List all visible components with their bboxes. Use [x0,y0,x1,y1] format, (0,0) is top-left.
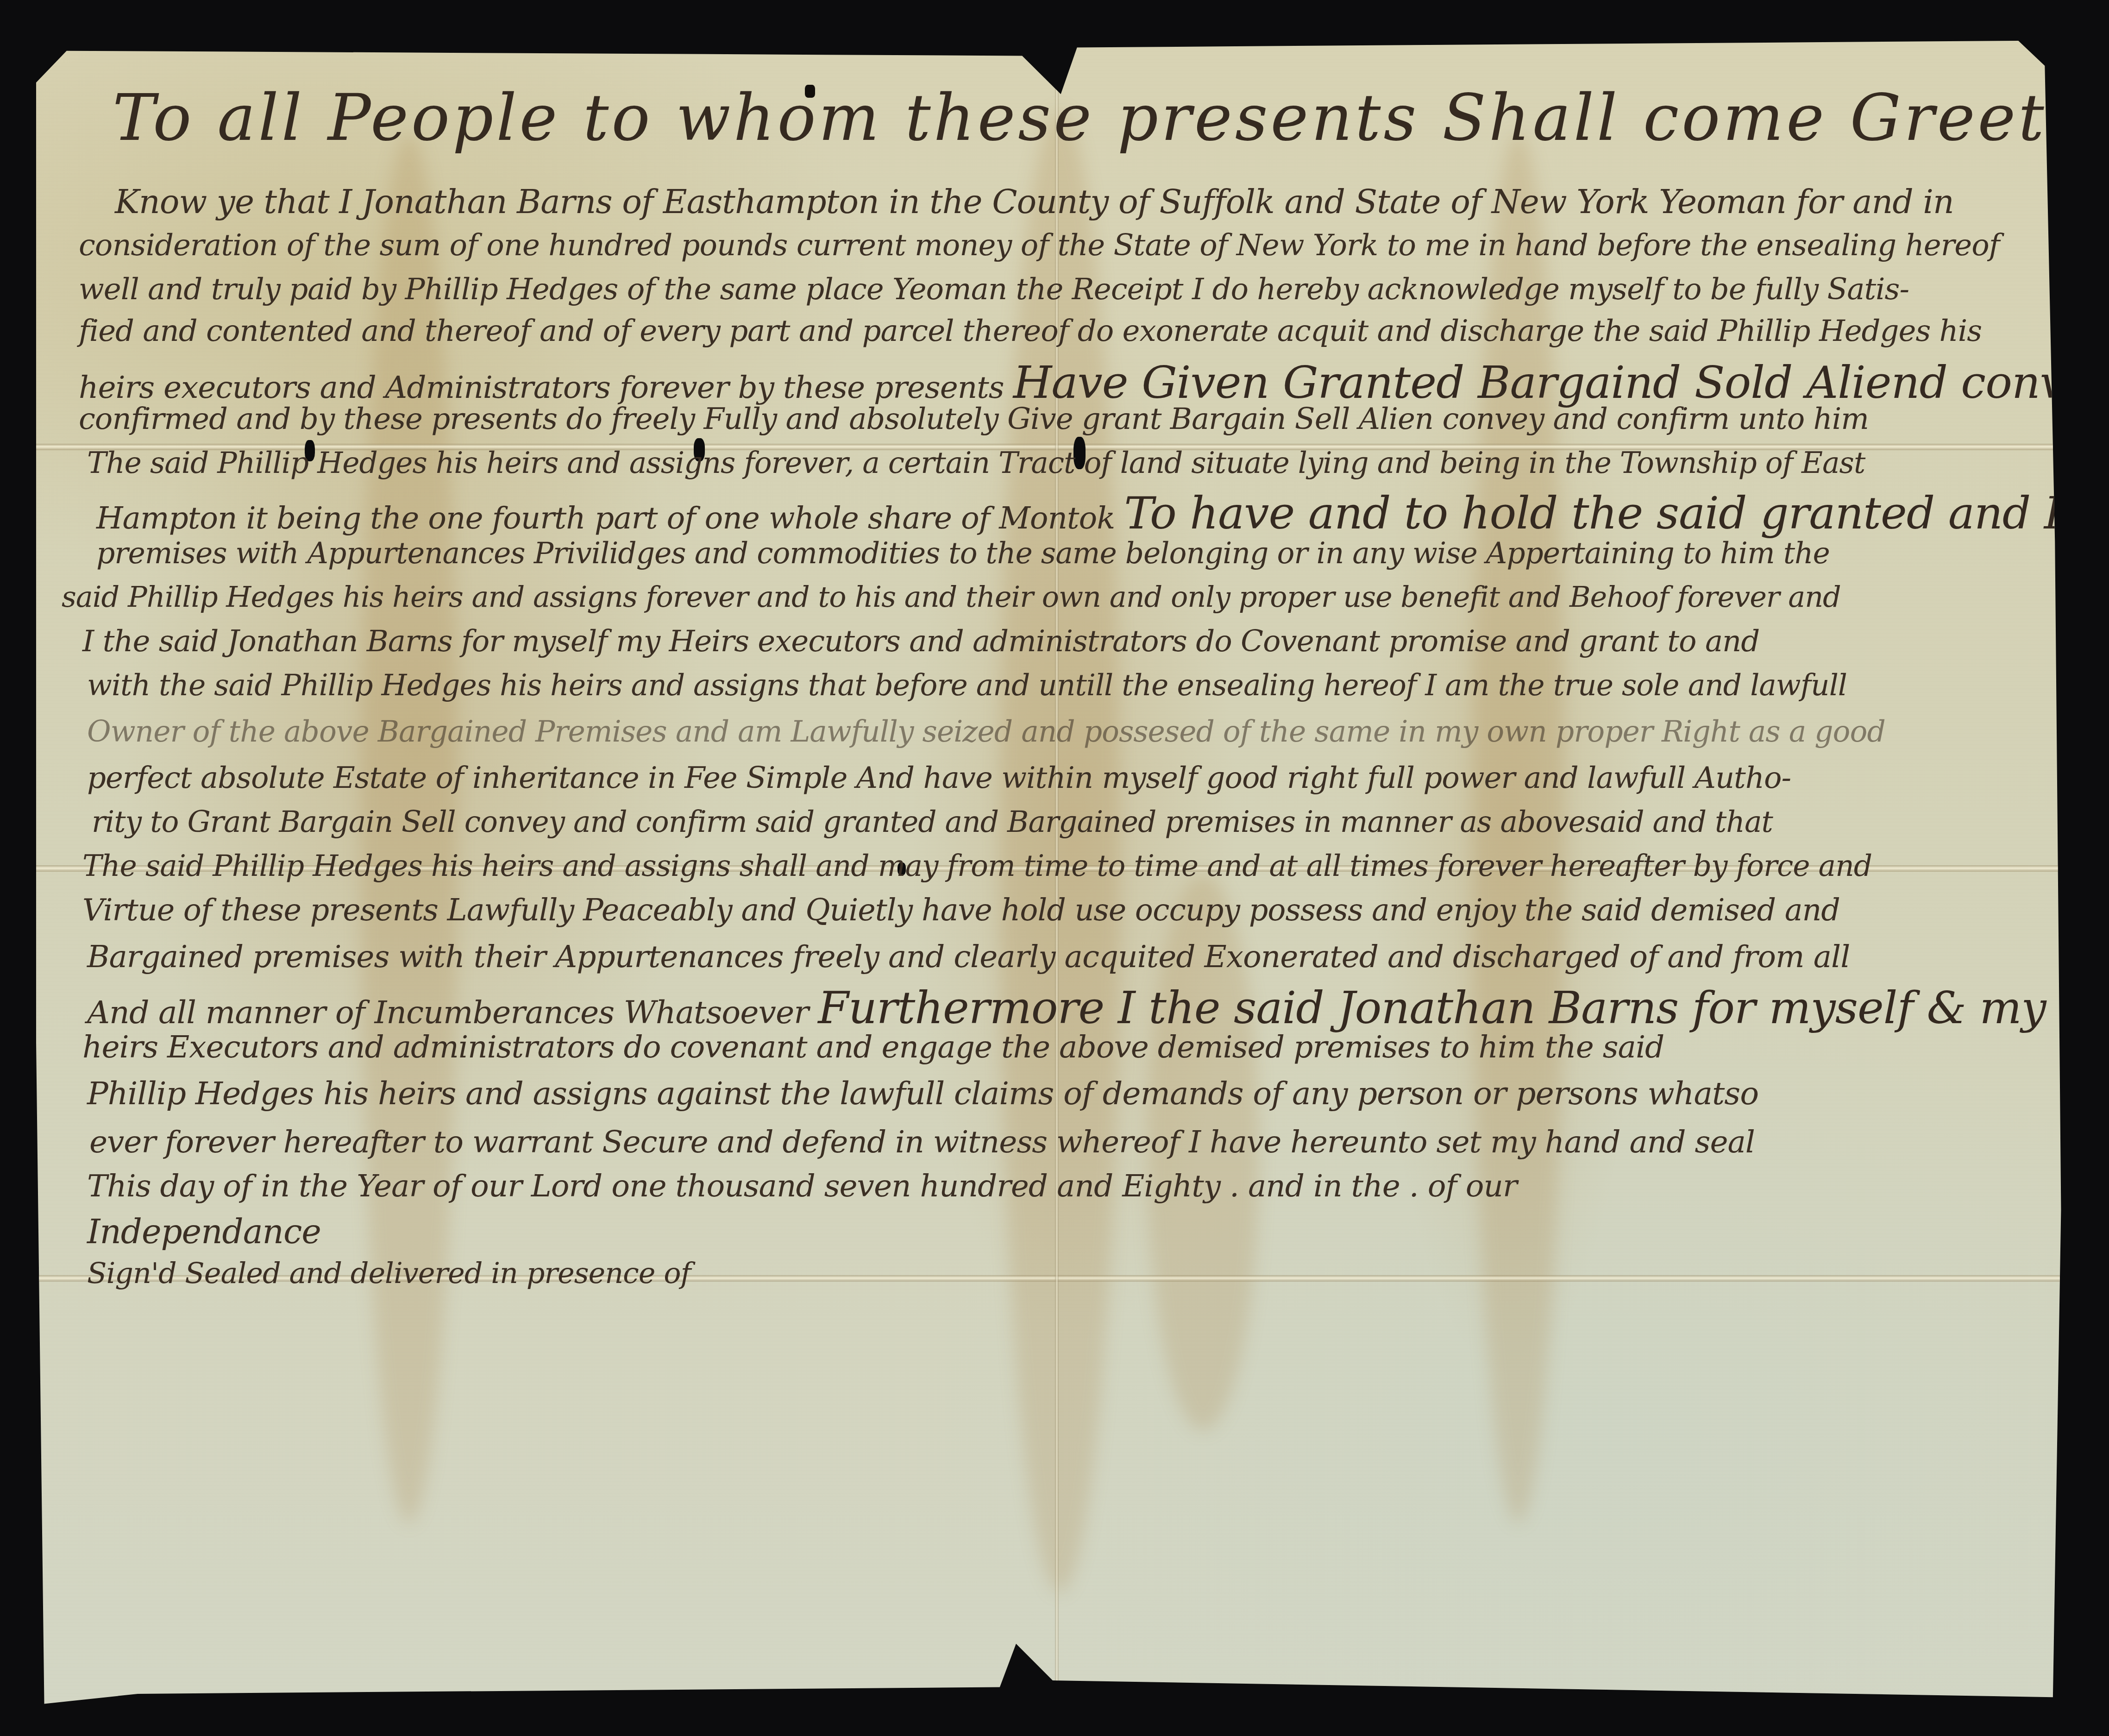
deed-line-8-text: Hampton it being the one fourth part of … [96,500,1115,536]
deed-line-25: Sign'd Sealed and delivered in presence … [87,1259,691,1288]
deed-line-23-text: This day of in the Year of our Lord one … [87,1168,1220,1204]
deed-line-4: fied and contented and thereof and of ev… [79,316,1982,346]
deed-line-8-emphasis: To have and to hold the said granted and… [1124,487,2109,539]
deed-line-9: premises with Appurtenances Privilidges … [96,539,1830,568]
document-viewer-canvas: To all People to whom these presents Sha… [0,0,2109,1736]
deed-line-3: well and truly paid by Phillip Hedges of… [79,275,1909,304]
deed-line-12: with the said Phillip Hedges his heirs a… [87,671,1847,700]
deed-line-16: The said Phillip Hedges his heirs and as… [82,851,1872,881]
deed-line-17: Virtue of these presents Lawfully Peacea… [82,895,1840,925]
deed-line-11: I the said Jonathan Barns for myself my … [82,627,1759,656]
deed-line-22: ever forever hereafter to warrant Secure… [89,1127,1755,1157]
deed-line-10: said Phillip Hedges his heirs and assign… [62,583,1841,611]
deed-line-7: The said Phillip Hedges his heirs and as… [87,448,1865,478]
deed-line-19-text: And all manner of Incumberances Whatsoev… [87,994,809,1031]
deed-line-5-emphasis: Have Given Granted Bargaind Sold Aliend … [1013,357,2109,409]
deed-line-24: Independance [87,1215,321,1248]
deed-line-8: Hampton it being the one fourth part of … [96,491,2109,535]
deed-line-6: confirmed and by these presents do freel… [79,404,1869,434]
deed-line-14: perfect absolute Estate of inheritance i… [87,763,1791,793]
deed-line-23-tail: . and in the . of our [1230,1168,1517,1204]
deed-line-19: And all manner of Incumberances Whatsoev… [87,986,2046,1030]
deed-line-5-text: heirs executors and Administrators forev… [79,370,1004,405]
deed-heading: To all People to whom these presents Sha… [113,86,2109,150]
deed-line-19-emphasis: Furthermore I the said Jonathan Barns fo… [818,982,2046,1034]
deed-line-13: Owner of the above Bargained Premises an… [87,717,1885,746]
deed-line-15: rity to Grant Bargain Sell convey and co… [92,807,1773,837]
deed-paper: To all People to whom these presents Sha… [36,41,2069,1711]
deed-line-23: This day of in the Year of our Lord one … [87,1171,1517,1201]
deed-line-2: consideration of the sum of one hundred … [79,231,1999,260]
deed-line-21: Phillip Hedges his heirs and assigns aga… [87,1078,1758,1110]
deed-line-5: heirs executors and Administrators forev… [79,360,2109,405]
deed-line-18: Bargained premises with their Appurtenan… [87,942,1850,972]
deed-text: To all People to whom these presents Sha… [36,41,2069,1711]
deed-line-1: Know ye that I Jonathan Barns of Eastham… [115,185,1954,218]
deed-line-20: heirs Executors and administrators do co… [82,1032,1664,1063]
